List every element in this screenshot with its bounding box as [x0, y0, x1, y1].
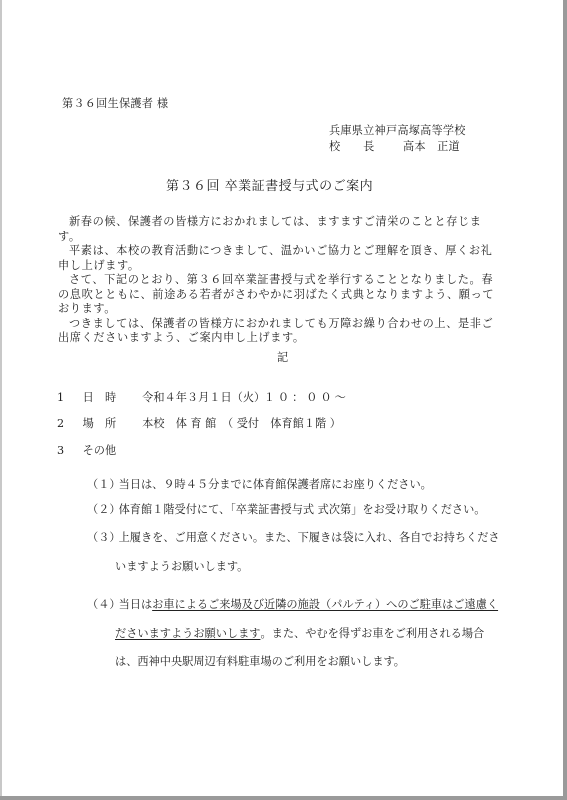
item-datetime: 1 日 時 令和４年３月１日（火） １０：００～ [57, 391, 349, 405]
item-other: 3 その他 [57, 444, 116, 458]
item-number: 3 [57, 444, 79, 458]
page-border-bottom [0, 796, 567, 800]
item-number: 2 [57, 417, 79, 431]
note-4: （４） 当日はお車によるご来場及び近隣の施設（パルティ）へのご駐車はご遠慮く [87, 598, 498, 612]
note-text-underlined: お車によるご来場及び近隣の施設（パルティ）へのご駐車はご遠慮く [152, 598, 498, 612]
note-text: 上履きを、ご用意ください。また、下履きは袋に入れ、各自でお持ちくださ [119, 531, 500, 545]
paragraph-4: つきましては、保護者の皆様方におかれましても万障お繰り合わせの上、是非ご出席くだ… [58, 317, 498, 346]
note-text: は、西神中央駅周辺有料駐車場のご利用をお願いします。 [115, 655, 405, 669]
item-value: 令和４年３月１日（火） [142, 391, 260, 405]
page-border-left [0, 0, 2, 800]
item-number: 1 [57, 391, 79, 405]
note-3-continued: いますようお願いします。 [115, 560, 248, 574]
note-text: 。また、やむを得ずお車をご利用される場合 [260, 627, 484, 641]
sender-school: 兵庫県立神戸高塚高等学校 [329, 124, 466, 138]
item-place: 2 場 所 本校 体 育 館 （ 受付 体育館１階 ） [57, 417, 341, 431]
item-time: １０：００～ [264, 391, 349, 405]
document-title: 第３６回 卒業証書授与式のご案内 [166, 180, 373, 194]
item-label: その他 [83, 444, 117, 458]
note-number: （１） [87, 478, 115, 492]
paragraph-3: さて、下記のとおり、第３６回卒業証書授与式を挙行することとなりました。春の息吹と… [58, 273, 498, 317]
note-1: （１） 当日は、９時４５分までに体育館保護者席にお座りください。 [87, 478, 432, 492]
note-3: （３） 上履きを、ご用意ください。また、下履きは袋に入れ、各自でお持ちくださ [87, 531, 500, 545]
note-text: 当日は [119, 598, 153, 612]
item-label: 日 時 [83, 391, 139, 405]
note-text: 体育館１階受付にて、「卒業証書授与式 式次第」をお受け取りください。 [119, 503, 486, 517]
paragraph-1: 新春の候、保護者の皆様方におかれましては、ますますご清栄のことと存じます。 [58, 215, 498, 244]
item-label: 場 所 [83, 417, 139, 431]
note-4-line-3: は、西神中央駅周辺有料駐車場のご利用をお願いします。 [115, 655, 405, 669]
note-number: （３） [87, 531, 115, 545]
sender-title: 校 長 [329, 140, 375, 154]
paragraph-2: 平素は、本校の教育活動につきまして、温かいご協力とご理解を頂き、厚くお礼申し上げ… [58, 244, 498, 273]
sender-name: 高本 正道 [403, 140, 460, 154]
item-value: 本校 体 育 館 （ 受付 体育館１階 ） [142, 417, 341, 431]
note-number: （４） [87, 598, 115, 612]
ki-heading: 記 [277, 351, 288, 365]
note-4-line-2: ださいますようお願いします。また、やむを得ずお車をご利用される場合 [115, 627, 484, 641]
document-page: 第３６回生保護者 様 兵庫県立神戸高塚高等学校 校 長 高本 正道 第３６回 卒… [0, 0, 567, 800]
note-text-underlined: ださいますようお願いします [115, 627, 260, 641]
addressee: 第３６回生保護者 様 [62, 97, 168, 111]
greeting-block: 新春の候、保護者の皆様方におかれましては、ますますご清栄のことと存じます。 平素… [58, 215, 498, 346]
page-border-right [563, 0, 567, 800]
note-text: 当日は、９時４５分までに体育館保護者席にお座りください。 [119, 478, 432, 492]
note-text: いますようお願いします。 [115, 560, 248, 574]
note-number: （２） [87, 503, 115, 517]
note-2: （２） 体育館１階受付にて、「卒業証書授与式 式次第」をお受け取りください。 [87, 503, 485, 517]
